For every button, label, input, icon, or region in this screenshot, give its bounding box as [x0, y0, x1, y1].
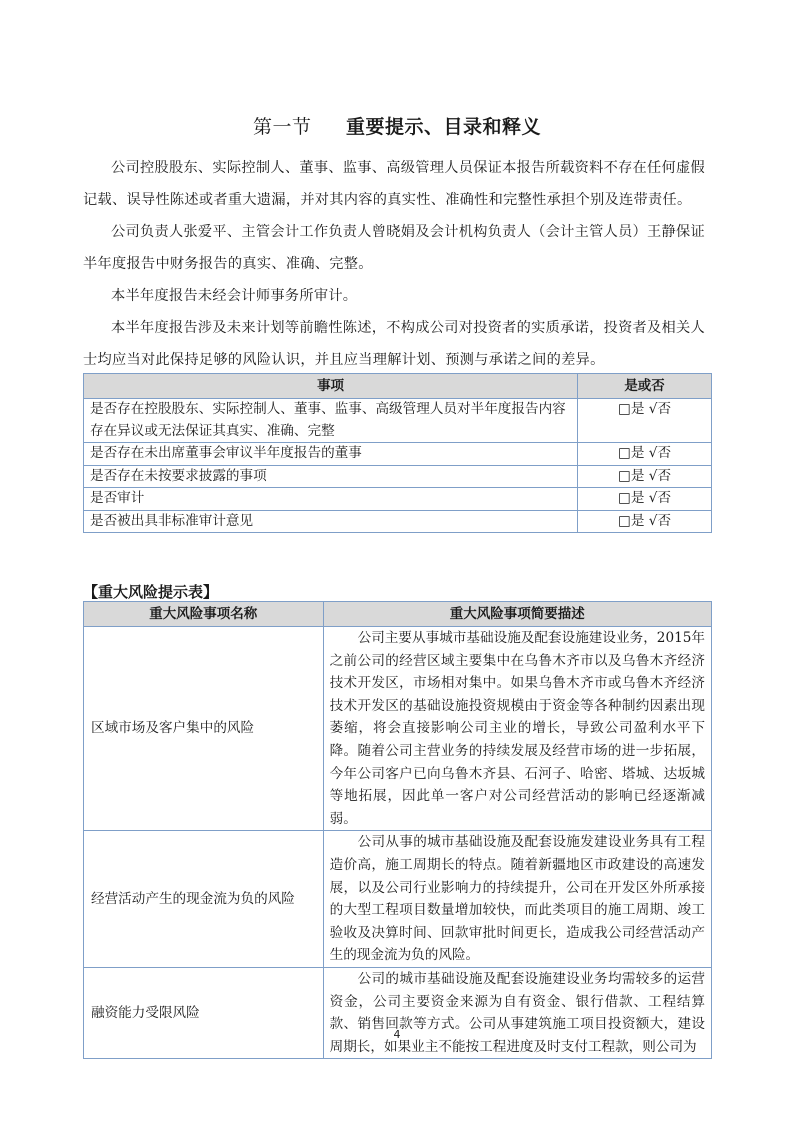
risk-description: 公司主要从事城市基础设施及配套设施建设业务，2015年之前公司的经营区域主要集中… — [323, 627, 711, 831]
page-number: 4 — [0, 1028, 794, 1041]
table-row: 经营活动产生的现金流为负的风险 公司从事的城市基础设施及配套设施发建设业务具有工… — [84, 831, 712, 968]
paragraph-forward-looking: 本半年度报告涉及未来计划等前瞻性陈述，不构成公司对投资者的实质承诺，投资者及相关… — [83, 312, 715, 376]
matter-item: 是否存在未按要求披露的事项 — [84, 465, 578, 488]
table-row: 是否存在控股股东、实际控制人、董事、监事、高级管理人员对半年度报告内容存在异议或… — [84, 399, 712, 443]
table-row: 是否存在未按要求披露的事项 □是 √否 — [84, 465, 712, 488]
risk-description: 公司从事的城市基础设施及配套设施发建设业务具有工程造价高，施工周期长的特点。随着… — [323, 831, 711, 968]
matter-answer: □是 √否 — [578, 443, 712, 466]
risk-description: 公司的城市基础设施及配套设施建设业务均需较多的运营资金，公司主要资金来源为自有资… — [323, 967, 711, 1058]
table-row: 融资能力受限风险 公司的城市基础设施及配套设施建设业务均需较多的运营资金，公司主… — [84, 967, 712, 1058]
matter-answer: □是 √否 — [578, 510, 712, 533]
header-yes-no: 是或否 — [578, 374, 712, 399]
header-risk-description: 重大风险事项简要描述 — [323, 602, 711, 627]
paragraph-guarantee: 公司控股股东、实际控制人、董事、监事、高级管理人员保证本报告所载资料不存在任何虚… — [83, 152, 715, 216]
table-row: 是否审计 □是 √否 — [84, 488, 712, 511]
risk-name: 经营活动产生的现金流为负的风险 — [84, 831, 324, 968]
page-title: 第一节 重要提示、目录和释义 — [0, 112, 794, 139]
section-number: 第一节 — [253, 116, 312, 138]
section-title: 重要提示、目录和释义 — [346, 116, 541, 138]
matter-answer: □是 √否 — [578, 488, 712, 511]
matter-item: 是否存在未出席董事会审议半年度报告的董事 — [84, 443, 578, 466]
table-row: 是否被出具非标准审计意见 □是 √否 — [84, 510, 712, 533]
paragraph-responsible-persons: 公司负责人张爱平、主管会计工作负责人曾晓娟及会计机构负责人（会计主管人员）王静保… — [83, 216, 715, 280]
risk-table: 重大风险事项名称 重大风险事项简要描述 区域市场及客户集中的风险 公司主要从事城… — [83, 601, 712, 1059]
matter-item: 是否被出具非标准审计意见 — [84, 510, 578, 533]
table-row: 是否存在未出席董事会审议半年度报告的董事 □是 √否 — [84, 443, 712, 466]
matters-table-header: 事项 是或否 — [84, 374, 712, 399]
matter-item: 是否审计 — [84, 488, 578, 511]
header-matter: 事项 — [84, 374, 578, 399]
risk-table-header: 重大风险事项名称 重大风险事项简要描述 — [84, 602, 712, 627]
header-risk-name: 重大风险事项名称 — [84, 602, 324, 627]
paragraph-audit-status: 本半年度报告未经会计师事务所审计。 — [83, 280, 715, 312]
risk-name: 融资能力受限风险 — [84, 967, 324, 1058]
table-row: 区域市场及客户集中的风险 公司主要从事城市基础设施及配套设施建设业务，2015年… — [84, 627, 712, 831]
matter-item: 是否存在控股股东、实际控制人、董事、监事、高级管理人员对半年度报告内容存在异议或… — [84, 399, 578, 443]
risk-table-label: 【重大风险提示表】 — [83, 581, 218, 602]
matter-answer: □是 √否 — [578, 399, 712, 443]
matters-table: 事项 是或否 是否存在控股股东、实际控制人、董事、监事、高级管理人员对半年度报告… — [83, 373, 712, 533]
matter-answer: □是 √否 — [578, 465, 712, 488]
risk-name: 区域市场及客户集中的风险 — [84, 627, 324, 831]
